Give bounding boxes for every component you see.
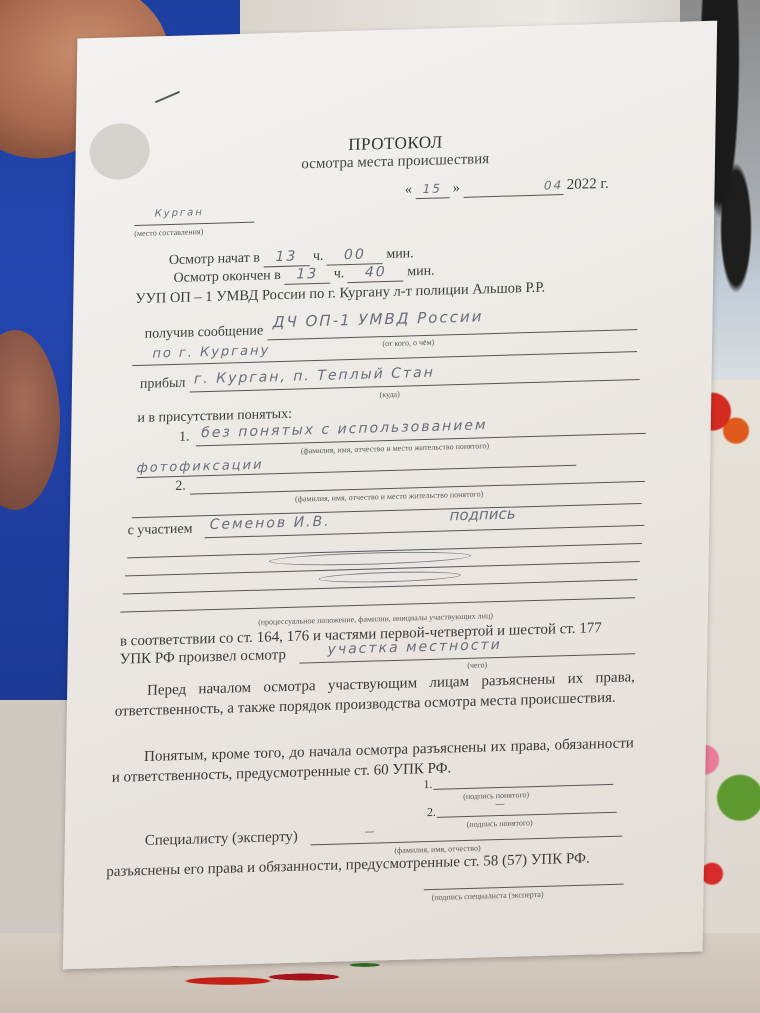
witness-1-number: 1. bbox=[179, 430, 190, 446]
start-h-label: ч. bbox=[313, 249, 324, 264]
start-minutes[interactable]: 00 bbox=[344, 247, 366, 264]
witness-2-number: 2. bbox=[175, 479, 186, 495]
date-close-quote: » bbox=[453, 181, 460, 196]
witness-sig-1-number: 1. bbox=[423, 777, 432, 792]
protocol-sheet: ПРОТОКОЛ осмотра места происшествия « 15… bbox=[63, 21, 717, 970]
date-row: « 15 » 04 2022 г. bbox=[405, 176, 609, 200]
end-label: Осмотр окончен в bbox=[173, 268, 280, 286]
received-line-1 bbox=[268, 329, 638, 340]
end-hours[interactable]: 13 bbox=[296, 266, 318, 283]
end-h-label: ч. bbox=[334, 266, 345, 281]
staple-icon bbox=[155, 91, 180, 103]
date-month[interactable]: 04 bbox=[544, 178, 563, 193]
witness-2-caption: (фамилия, имя, отчество и место жительст… bbox=[295, 489, 483, 503]
inspection-object-caption: (чего) bbox=[467, 660, 487, 670]
arrived-value[interactable]: г. Курган, п. Теплый Стан bbox=[194, 365, 435, 388]
received-caption: (от кого, о чём) bbox=[382, 338, 434, 348]
start-m-label: мин. bbox=[386, 246, 414, 262]
strike-oval-2 bbox=[319, 570, 461, 584]
received-value-2[interactable]: по г. Кургану bbox=[152, 343, 270, 361]
witness-2-line-2 bbox=[132, 503, 642, 518]
date-day[interactable]: 15 bbox=[423, 181, 442, 196]
participants-line-5 bbox=[120, 597, 635, 612]
legal-basis-label: УПК РФ произвел осмотр bbox=[119, 647, 286, 669]
specialist-value: — bbox=[365, 826, 377, 837]
participants-label: с участием bbox=[128, 522, 193, 540]
start-label: Осмотр начат в bbox=[169, 251, 260, 269]
place-caption: (место составления) bbox=[134, 227, 203, 238]
specialist-rights-line: разъяснены его права и обязанности, пред… bbox=[106, 851, 590, 882]
place-line bbox=[134, 222, 254, 226]
arrived-label: прибыл bbox=[140, 376, 186, 393]
start-hours[interactable]: 13 bbox=[275, 248, 297, 265]
participant-signature[interactable]: подпись bbox=[449, 504, 515, 524]
end-m-label: мин. bbox=[407, 264, 435, 280]
paragraph-witness-rights: Понятым, кроме того, до начала осмотра р… bbox=[112, 733, 634, 788]
witness-1-caption: (фамилия, имя, отчество и место жительст… bbox=[301, 441, 489, 455]
witness-sig-1-line[interactable] bbox=[433, 784, 613, 790]
witness-sig-2-number: 2. bbox=[427, 805, 436, 820]
participants-value[interactable]: Семенов И.В. bbox=[210, 514, 331, 533]
specialist-signature-line[interactable] bbox=[424, 884, 624, 891]
witness-sig-2-line[interactable] bbox=[437, 812, 617, 818]
received-value-1[interactable]: ДЧ ОП-1 УМВД России bbox=[273, 307, 484, 331]
arrived-caption: (куда) bbox=[380, 390, 400, 400]
inspection-object-value[interactable]: участка местности bbox=[327, 637, 501, 658]
witness-sig-2-caption: (подпись понятого) bbox=[467, 818, 533, 829]
received-label: получив сообщение bbox=[145, 323, 264, 342]
witness-sig-2-value: — bbox=[495, 799, 507, 810]
specialist-signature-caption: (подпись специалиста (эксперта) bbox=[432, 890, 544, 902]
place-value[interactable]: Курган bbox=[155, 207, 204, 219]
paragraph-rights: Перед началом осмотра участвующим лицам … bbox=[115, 667, 635, 722]
date-open-quote: « bbox=[405, 182, 412, 197]
end-minutes[interactable]: 40 bbox=[365, 264, 387, 281]
date-year: 2022 г. bbox=[567, 176, 609, 193]
specialist-label: Специалисту (эксперту) bbox=[145, 829, 298, 850]
